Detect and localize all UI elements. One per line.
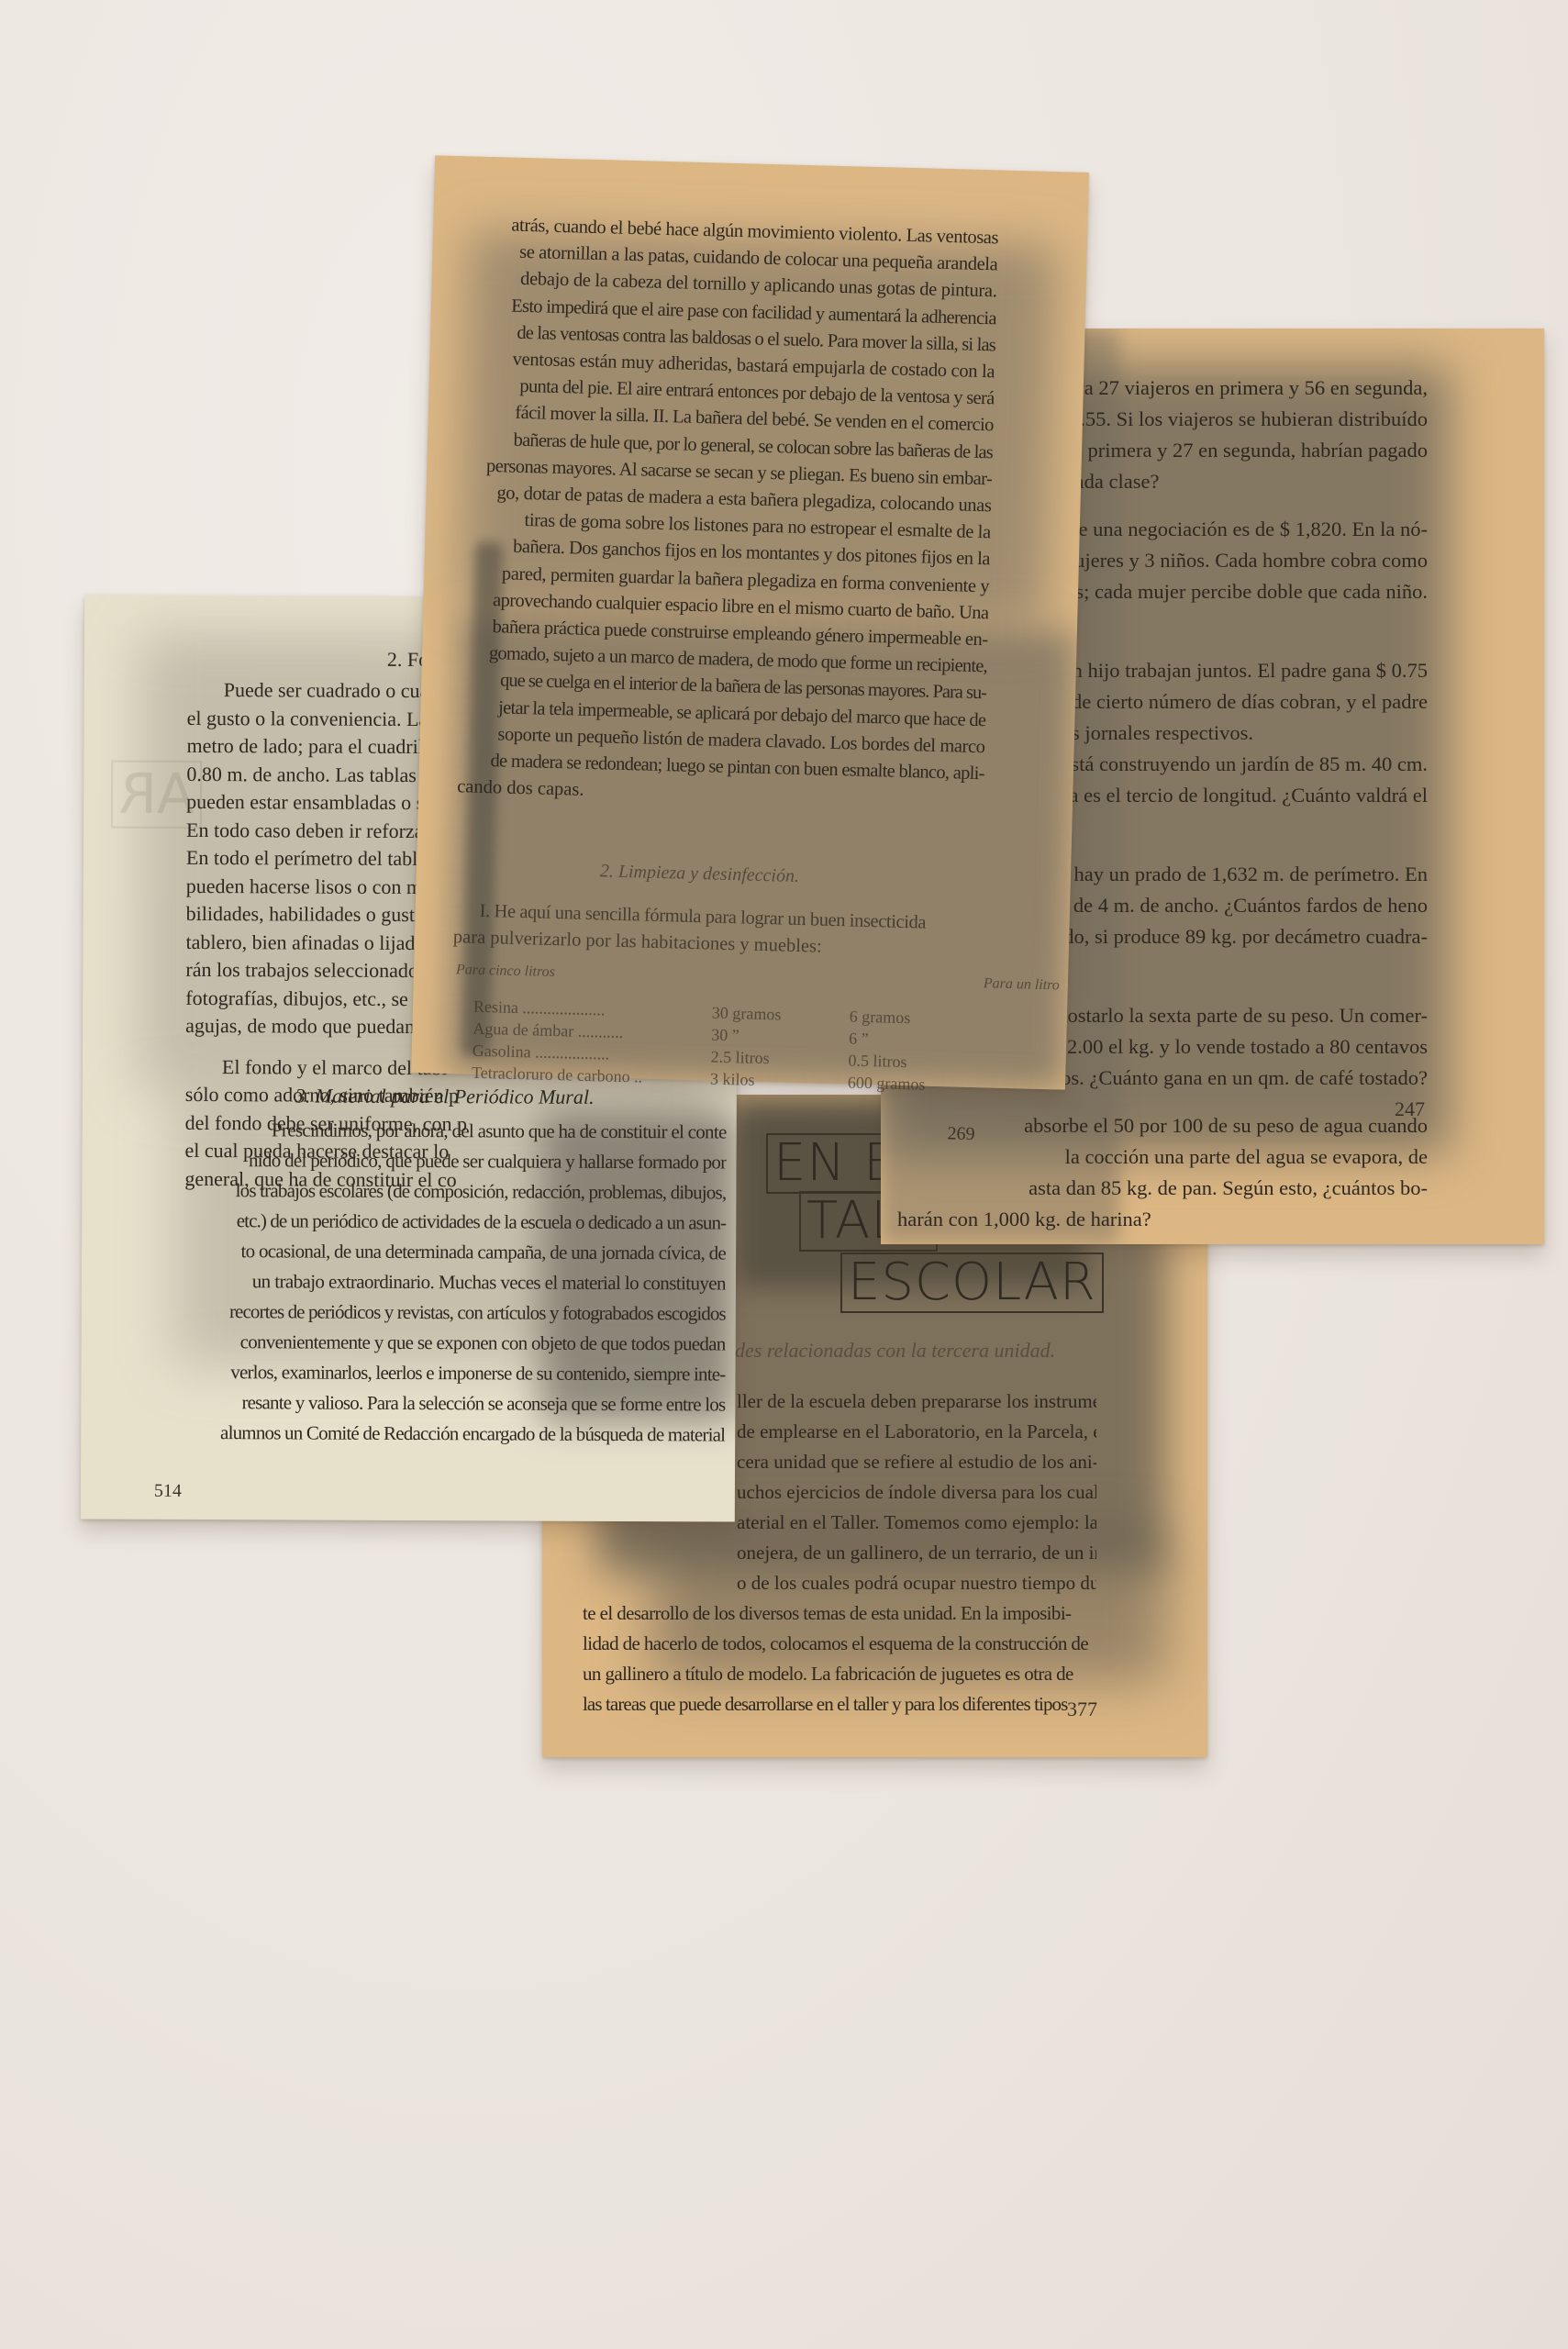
page-number: 247 bbox=[1395, 1097, 1425, 1121]
page-377-subtitle: des relacionadas con la tercera unidad. bbox=[735, 1335, 1055, 1367]
problem-6: absorbe el 50 por 100 de su peso de agua… bbox=[897, 1110, 1428, 1235]
page-269-body: atrás, cuando el bebé hace algún movimie… bbox=[457, 211, 999, 814]
section-3-body: Prescindimos, por ahora, del asunto que … bbox=[180, 1115, 727, 1451]
header-escolar: ESCOLAR bbox=[840, 1252, 1104, 1313]
page-number: 514 bbox=[154, 1481, 182, 1502]
text-line: un gallinero a título de modelo. La fabr… bbox=[583, 1659, 1096, 1689]
text-line: las tareas que puede desarrollarse en el… bbox=[583, 1689, 1096, 1720]
col-header-five-liters: Para cinco litros bbox=[456, 962, 787, 996]
section-title-limpieza: 2. Limpieza y desinfección. bbox=[599, 855, 799, 892]
text-line: aterial en el Taller. Tomemos como ejemp… bbox=[737, 1508, 1096, 1538]
page-269: atrás, cuando el bebé hace algún movimie… bbox=[411, 155, 1089, 1089]
page-377-body-lower: te el desarrollo de los diversos temas d… bbox=[583, 1598, 1096, 1720]
page-number: 377 bbox=[1067, 1698, 1097, 1721]
table-header: Para cinco litros Para un litro bbox=[456, 962, 1089, 1006]
text-line: o de los cuales podrá ocupar nuestro tie… bbox=[737, 1568, 1096, 1598]
text-line: de emplearse en el Laboratorio, en la Pa… bbox=[737, 1417, 1096, 1447]
insecticide-table: Para cinco litros Para un litro bbox=[456, 962, 1089, 1006]
text-line: ller de la escuela deben prepararse los … bbox=[737, 1386, 1096, 1417]
text-line: uchos ejercicios de índole diversa para … bbox=[737, 1477, 1096, 1508]
page-377-body: ller de la escuela deben prepararse los … bbox=[737, 1386, 1096, 1598]
text-line: onejera, de un gallinero, de un terrario… bbox=[737, 1538, 1096, 1568]
text-line: lidad de hacerlo de todos, colocamos el … bbox=[583, 1629, 1096, 1659]
text-line: cera unidad que se refiere al estudio de… bbox=[737, 1447, 1096, 1477]
insecticide-intro: I. He aquí una sencilla fórmula para log… bbox=[453, 897, 981, 964]
text-line: te el desarrollo de los diversos temas d… bbox=[583, 1598, 1096, 1629]
section-3-title: 3. Material para el Periódico Mural. bbox=[295, 1080, 595, 1113]
